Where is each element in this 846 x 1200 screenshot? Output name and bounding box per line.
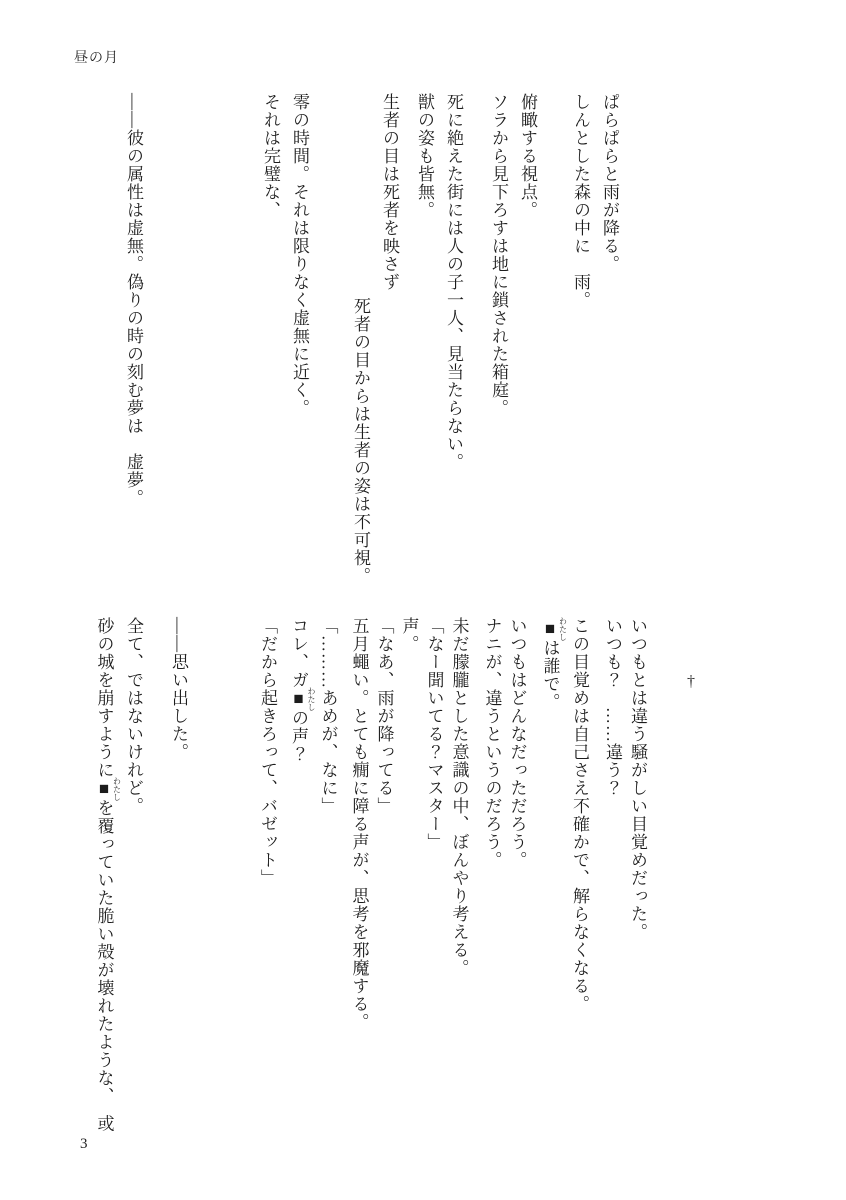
text-line: 死に絶えた街には人の子一人、見当たらない。 (439, 93, 468, 607)
text-line: 死者の目からは生者の姿は不可視。 (346, 93, 375, 607)
text-line: 生者の目は死者を映さず (375, 93, 404, 607)
text-line: 全て、ではないけれど。 (121, 617, 146, 1143)
text-line: ナニが、違うというのだろう。 (480, 617, 505, 1143)
text-line: ぱらぱらと雨が降る。 (595, 93, 624, 607)
text-line: いつもはどんなだっただろう。 (505, 617, 530, 1143)
text-line: 俯瞰する視点。 (513, 93, 542, 607)
text-line: 「なー聞いてる？マスター」 (422, 617, 447, 1143)
redacted-word-with-furigana: ■わたし (541, 617, 560, 639)
text-line: 声。 (397, 617, 422, 1143)
text-block-awakening-scene: いつもとは違う騒がしい目覚めだった。いつも？ ……違う？この目覚めは自己さえ不確… (92, 617, 651, 1143)
furigana: わたし (559, 617, 568, 641)
text-line: いつも？ ……違う？ (600, 617, 625, 1143)
text-line: 獣の姿も皆無。 (410, 93, 439, 607)
text-line: それは完璧な、 (256, 93, 285, 607)
text-line: この目覚めは自己さえ不確かで、解らなくなる。 (567, 617, 592, 1143)
section-divider-dagger: † (687, 673, 695, 691)
running-header: 昼の月 (74, 47, 119, 67)
text-line: 未だ朦朧とした意識の中、ぼんやり考える。 (447, 617, 472, 1143)
text-block-opening-scene: ぱらぱらと雨が降る。しんとした森の中に 雨。俯瞰する視点。ソラから見下ろすは地に… (119, 93, 624, 607)
furigana: わたし (307, 687, 316, 711)
redacted-word-with-furigana: ■わたし (95, 779, 114, 799)
text-line: 砂の城を崩すように■わたしを覆っていた脆い殻が壊れたような、 或 (92, 617, 122, 1143)
redacted-block: ■ (541, 617, 560, 641)
furigana: わたし (113, 777, 122, 801)
redacted-block: ■ (289, 687, 308, 711)
text-line: 零の時間。それは限りなく虚無に近く。 (285, 93, 314, 607)
text-line: 五月蠅い。とても癇に障る声が、思考を邪魔する。 (347, 617, 372, 1143)
text-line: 「………あめが、なに」 (316, 617, 341, 1143)
text-line: ——彼の属性は虚無。偽りの時の刻む夢は 虚夢。 (119, 93, 148, 607)
text-line: いつもとは違う騒がしい目覚めだった。 (625, 617, 650, 1143)
page-number: 3 (80, 1136, 88, 1153)
text-line: ——思い出した。 (166, 617, 191, 1143)
text-line: 「なあ、雨が降ってる」 (372, 617, 397, 1143)
text-line: 「だから起きろって、バゼット」 (255, 617, 280, 1143)
text-line: コレ、ガ■わたしの声？ (286, 617, 316, 1143)
text-line: ソラから見下ろすは地に鎖された箱庭。 (484, 93, 513, 607)
novel-page: 昼の月 † ぱらぱらと雨が降る。しんとした森の中に 雨。俯瞰する視点。ソラから見… (0, 0, 846, 1200)
text-line: しんとした森の中に 雨。 (566, 93, 595, 607)
redacted-word-with-furigana: ■わたし (289, 689, 308, 709)
redacted-block: ■ (95, 777, 114, 801)
text-line: ■わたしは誰で。 (538, 617, 568, 1143)
